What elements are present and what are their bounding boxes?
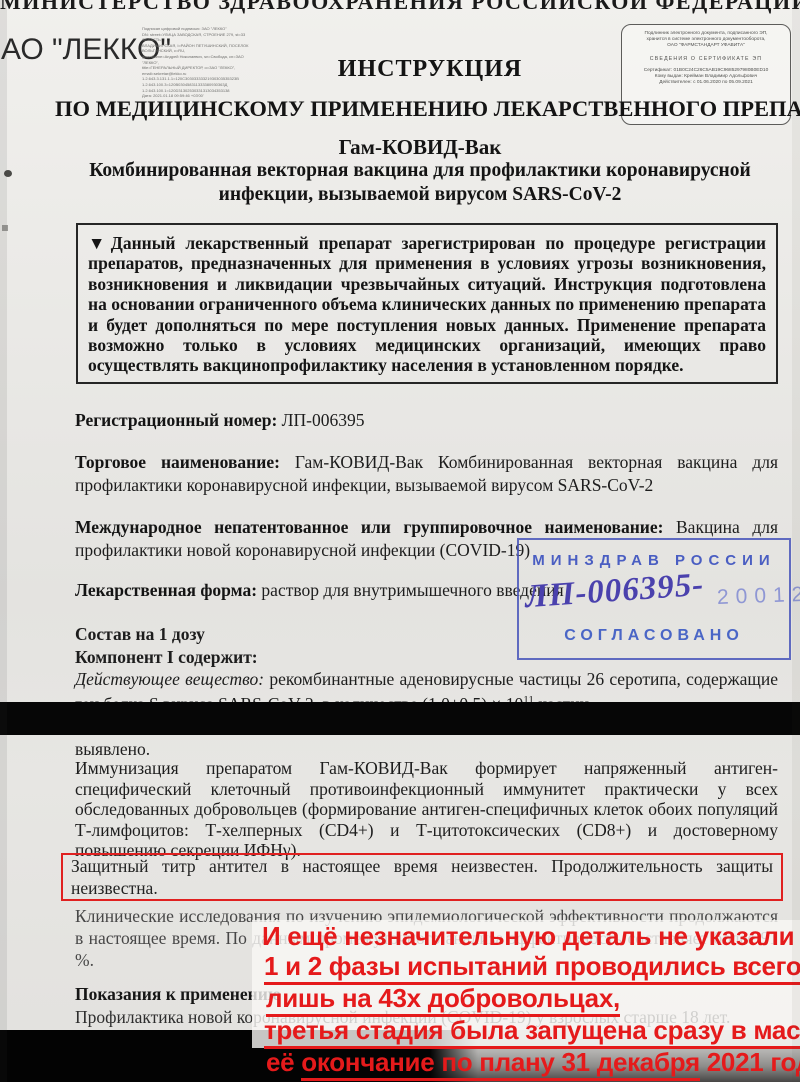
stamp-minzdrav-text: МИНЗДРАВ РОССИИ [519, 552, 789, 569]
annotation-line-1: И ещё незначительную деталь не указали - [262, 921, 800, 952]
trade-name-row: Торговое наименование: Гам-КОВИД-Вак Ком… [75, 451, 778, 496]
annotation-underlined-text: 1 и 2 фазы испытаний проводились всего [264, 951, 800, 985]
annotation-line-5: её окончание по плану 31 декабря 2021 го… [266, 1047, 800, 1078]
stamp-date-digits: 200121 [717, 582, 800, 610]
dosage-form-label: Лекарственная форма: [75, 580, 257, 600]
annotation-underlined-text: лишь на 43х добровольцах, [266, 983, 620, 1017]
scan-edge-shadow [792, 0, 800, 1082]
signature-line: DN: street=УЛИЦА ЗАВОДСКАЯ, СТРОЕНИЕ 279… [142, 32, 260, 43]
annotation-text: её [266, 1047, 301, 1077]
annotation-text: 2021 года [700, 1047, 800, 1077]
scanned-document-page: МИНИСТЕРСТВО ЗДРАВООХРАНЕНИЯ РОССИЙСКОЙ … [0, 0, 800, 1082]
registration-number-row: Регистрационный номер: ЛП-006395 [75, 409, 778, 432]
document-title: ИНСТРУКЦИЯ [60, 56, 800, 83]
inn-label: Международное непатентованное или группи… [75, 517, 663, 537]
annotation-line-4: третья стадия была запущена сразу в масс… [264, 1015, 800, 1046]
registration-warning-box: ▼Данный лекарственный препарат зарегистр… [76, 223, 778, 384]
red-highlight-box: Защитный титр антител в настоящее время … [61, 853, 783, 901]
annotation-line-2: 1 и 2 фазы испытаний проводились всего [264, 951, 800, 982]
immunization-paragraph: Иммунизация препаратом Гам-КОВИД-Вак фор… [75, 758, 778, 861]
ministry-header: МИНИСТЕРСТВО ЗДРАВООХРАНЕНИЯ РОССИЙСКОЙ … [0, 0, 800, 15]
indications-header: Показания к применению [75, 984, 281, 1005]
registration-number-label: Регистрационный номер: [75, 410, 277, 430]
annotation-line-3: лишь на 43х добровольцах, [266, 983, 620, 1014]
signature-line: ВЛАДИМИРСКАЯ, l=РАЙОН ПЕТУШИНСКИЙ, ПОСЕЛ… [142, 43, 260, 54]
stamp-handwritten-number: ЛП-006395- [524, 567, 705, 616]
annotation-underlined-text: третья стадия была запущена сразу в масс… [264, 1015, 800, 1049]
annotation-underlined-text: окончание по плану 31 декабря [301, 1047, 700, 1081]
drug-name: Гам-КОВИД-Вак [40, 135, 800, 160]
document-subtitle: ПО МЕДИЦИНСКОМУ ПРИМЕНЕНИЮ ЛЕКАРСТВЕННОГ… [55, 96, 800, 122]
trade-name-label: Торговое наименование: [75, 452, 280, 472]
registration-number-value: ЛП-006395 [282, 410, 365, 430]
stamp-approved-text: СОГЛАСОВАНО [519, 627, 789, 645]
black-separator-band [0, 702, 800, 735]
drug-description-line2: инфекции, вызываемой вирусом SARS-CoV-2 [40, 184, 800, 206]
active-substance-label: Действующее вещество: [75, 669, 264, 689]
revealed-word: выявлено. [75, 739, 150, 760]
scan-edge-shadow [0, 0, 7, 1082]
drug-description-line1: Комбинированная векторная вакцина для пр… [40, 160, 800, 182]
minzdrav-approval-stamp: МИНЗДРАВ РОССИИ ЛП-006395- 200121 СОГЛАС… [517, 538, 791, 660]
